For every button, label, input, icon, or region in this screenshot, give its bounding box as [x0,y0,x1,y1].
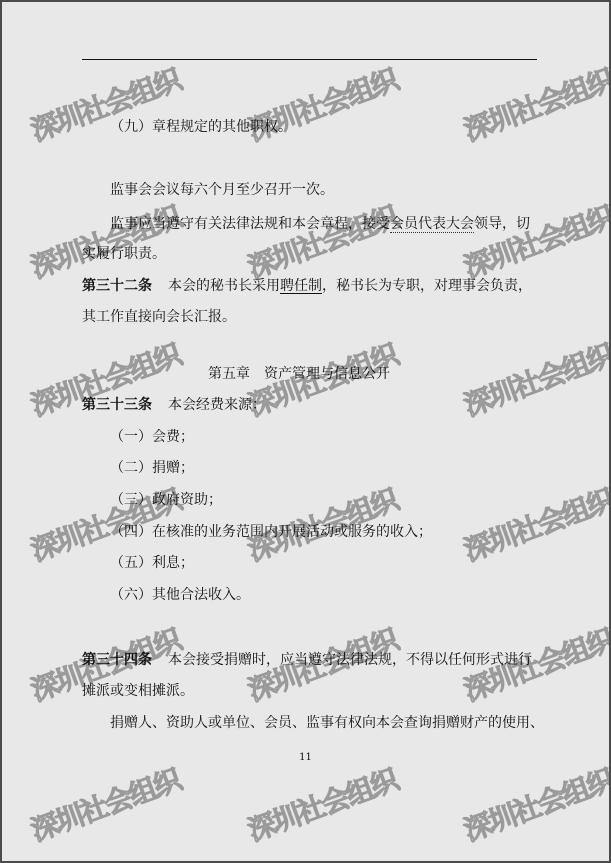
text-run: 领导，切 [474,216,530,232]
underlined-term: 聘任制 [280,278,322,294]
text-run: ，秘书长为专职，对理事会负责， [322,278,532,294]
paragraph: 捐赠人、资助人或单位、会员、监事有权向本会查询捐赠财产的使用、 [110,714,544,732]
list-item: （二）捐赠； [110,459,194,477]
article-33: 第三十三条本会经费来源： [82,396,266,414]
paragraph: 摊派或变相摊派。 [82,682,194,700]
page-content: （九）章程规定的其他职权。 监事会会议每六个月至少召开一次。 监事应当遵守有关法… [2,2,609,861]
article-title: 第三十四条 [82,652,152,668]
list-item: （四）在核准的业务范围内开展活动或服务的收入； [110,523,432,541]
article-title: 第三十三条 [82,397,152,413]
paragraph: （九）章程规定的其他职权。 [110,118,292,136]
page-number: 11 [2,752,609,763]
list-item: （六）其他合法收入。 [110,586,250,604]
paragraph: 监事应当遵守有关法律法规和本会章程，接受会员代表大会领导，切 [110,215,530,233]
text-run: 本会经费来源： [168,397,266,413]
chapter-heading: 第五章 资产管理与信息公开 [208,365,390,383]
article-title: 第三十二条 [82,278,152,294]
article-34: 第三十四条本会接受捐赠时，应当遵守法律法规，不得以任何形式进行 [82,651,532,669]
paragraph: 其工作直接向会长汇报。 [82,308,236,326]
list-item: （五）利息； [110,554,194,572]
list-item: （一）会费； [110,428,194,446]
text-run: 本会的秘书长采用 [168,278,280,294]
header-rule [82,59,537,60]
paragraph: 监事会会议每六个月至少召开一次。 [110,181,334,199]
article-32: 第三十二条本会的秘书长采用聘任制，秘书长为专职，对理事会负责， [82,277,532,295]
text-run: 本会接受捐赠时，应当遵守法律法规，不得以任何形式进行 [168,652,532,668]
text-run: 监事应当遵守有关法律法规和本会章程，接受 [110,216,390,232]
annotated-term[interactable]: 会员代表大会 [390,216,474,233]
document-page: 深圳社会组织 深圳社会组织 深圳社会组织 深圳社会组织 深圳社会组织 深圳社会组… [2,2,609,861]
paragraph: 实履行职责。 [82,245,166,263]
list-item: （三）政府资助； [110,491,222,509]
